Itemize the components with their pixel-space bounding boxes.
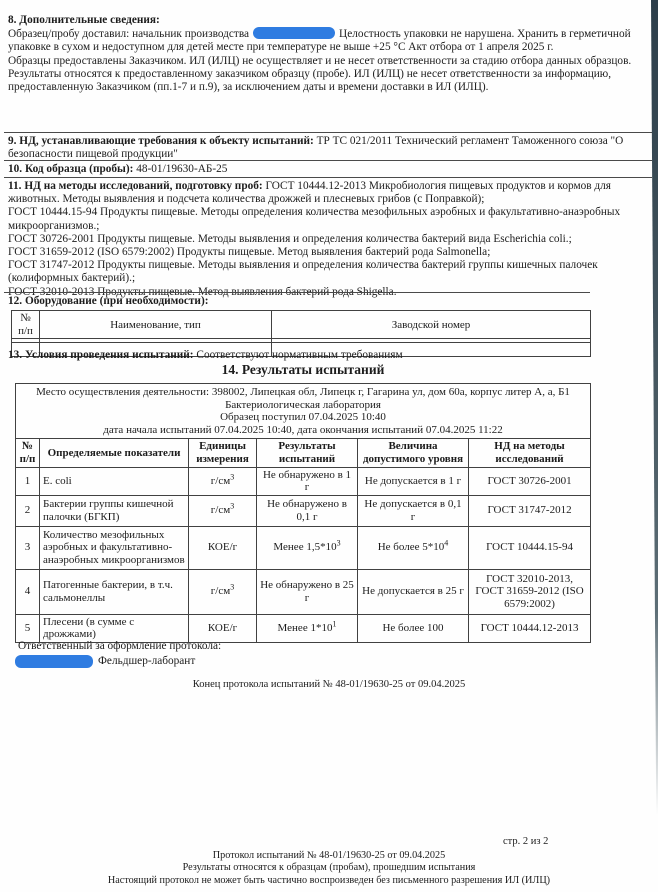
section11-label: 11. НД на методы исследований, подготовк… [8, 180, 263, 192]
cell-method: ГОСТ 32010-2013, ГОСТ 31659-2012 (ISO 65… [469, 569, 591, 614]
table-row: 5 Плесени (в сумме с дрожжами) КОЕ/г Мен… [16, 614, 591, 642]
table-row: 1 E. coli г/см3 Не обнаружено в 1 г Не д… [16, 467, 591, 495]
table-row: 4 Патогенные бактерии, в т.ч. сальмонелл… [16, 569, 591, 614]
unit-base: г/см [211, 504, 230, 516]
cell-result: Не обнаружено в 0,1 г [257, 495, 358, 526]
section8-paragraph-1: Образец/пробу доставил: начальник произв… [8, 27, 650, 54]
divider [4, 132, 652, 133]
divider [4, 177, 652, 178]
equipment-col-num: № п/п [12, 311, 40, 339]
cell-result: Не обнаружено в 1 г [257, 467, 358, 495]
cell-method: ГОСТ 10444.12-2013 [469, 614, 591, 642]
header-indicator: Определяемые показатели [40, 439, 189, 467]
cell-norm: Не более 5*104 [358, 526, 469, 569]
section8-heading: 8. Дополнительные сведения: [8, 14, 650, 27]
scan-edge-artifact [651, 0, 658, 815]
section8-paragraph-2: Образцы предоставлены Заказчиком. ИЛ (ИЛ… [8, 55, 650, 95]
result-base: Не обнаружено в 0,1 г [267, 498, 347, 523]
equipment-col-name: Наименование, тип [40, 311, 272, 339]
table-row: 3 Количество мезофильных аэробных и факу… [16, 526, 591, 569]
gost-line: ГОСТ 31747-2012 Продукты пищевые. Методы… [8, 259, 650, 285]
cell-num: 2 [16, 495, 40, 526]
norm-base: Не допускается в 0,1 г [364, 498, 461, 523]
results-info-row: Место осуществления деятельности: 398002… [16, 384, 591, 439]
cell-num: 1 [16, 467, 40, 495]
protocol-page: 8. Дополнительные сведения: Образец/проб… [0, 0, 658, 892]
cell-method: ГОСТ 10444.15-94 [469, 526, 591, 569]
cell-indicator: Патогенные бактерии, в т.ч. сальмонеллы [40, 569, 189, 614]
cell-unit: г/см3 [189, 495, 257, 526]
end-of-protocol-line: Конец протокола испытаний № 48-01/19630-… [0, 678, 658, 691]
signature-row: Фельдшер-лаборант [15, 655, 221, 668]
cell-num: 3 [16, 526, 40, 569]
gost-line: ГОСТ 30726-2001 Продукты пищевые. Методы… [8, 233, 650, 246]
footer-line-3: Настоящий протокол не может быть частичн… [0, 875, 658, 887]
sample-received: Образец поступил 07.04.2025 10:40 [20, 411, 586, 424]
cell-unit: КОЕ/г [189, 526, 257, 569]
section13-value: Соответствуют нормативным требованиям [196, 349, 402, 361]
norm-base: Не допускается в 1 г [365, 475, 461, 487]
redaction-box [253, 27, 335, 39]
page-footer: Протокол испытаний № 48-01/19630-25 от 0… [0, 850, 658, 887]
result-base: Менее 1,5*10 [273, 541, 336, 553]
result-base: Не обнаружено в 25 г [260, 579, 354, 604]
section8-p1-before: Образец/пробу доставил: начальник произв… [8, 28, 249, 40]
unit-base: г/см [211, 475, 230, 487]
cell-indicator: Количество мезофильных аэробных и факуль… [40, 526, 189, 569]
result-sup: 3 [337, 539, 341, 548]
cell-unit: г/см3 [189, 467, 257, 495]
cell-method: ГОСТ 31747-2012 [469, 495, 591, 526]
result-base: Не обнаружено в 1 г [263, 469, 351, 494]
cell-indicator: E. coli [40, 467, 189, 495]
equipment-col-serial: Заводской номер [272, 311, 591, 339]
divider [4, 292, 590, 293]
divider [4, 160, 652, 161]
signature-role: Фельдшер-лаборант [98, 655, 195, 668]
footer-line-2: Результаты относятся к образцам (пробам)… [0, 862, 658, 874]
unit-sup: 3 [230, 502, 234, 511]
cell-indicator: Плесени (в сумме с дрожжами) [40, 614, 189, 642]
section-conditions: 13. Условия проведения испытаний: Соотве… [8, 349, 650, 362]
result-sup: 1 [332, 619, 336, 628]
header-num: № п/п [16, 439, 40, 467]
cell-method: ГОСТ 30726-2001 [469, 467, 591, 495]
cell-norm: Не допускается в 0,1 г [358, 495, 469, 526]
section-methods: 11. НД на методы исследований, подготовк… [8, 180, 650, 299]
unit-sup: 3 [230, 472, 234, 481]
footer-line-1: Протокол испытаний № 48-01/19630-25 от 0… [0, 850, 658, 862]
header-result: Результаты испытаний [257, 439, 358, 467]
section9-label: 9. НД, устанавливающие требования к объе… [8, 135, 314, 147]
result-base: Менее 1*10 [278, 622, 333, 634]
unit-sup: 3 [230, 583, 234, 592]
gost-line: ГОСТ 31659-2012 (ISO 6579:2002) Продукты… [8, 246, 650, 259]
gost-line: ГОСТ 10444.15-94 Продукты пищевые. Метод… [8, 206, 650, 232]
section11-intro: 11. НД на методы исследований, подготовк… [8, 180, 650, 206]
cell-result: Не обнаружено в 25 г [257, 569, 358, 614]
section10-label: 10. Код образца (пробы): [8, 163, 133, 175]
cell-unit: г/см3 [189, 569, 257, 614]
cell-norm: Не допускается в 1 г [358, 467, 469, 495]
norm-sup: 4 [444, 539, 448, 548]
cell-num: 4 [16, 569, 40, 614]
cell-norm: Не более 100 [358, 614, 469, 642]
norm-base: Не допускается в 25 г [362, 585, 464, 597]
signature-label: Ответственный за оформление протокола: [18, 640, 221, 653]
cell-num: 5 [16, 614, 40, 642]
test-dates: дата начала испытаний 07.04.2025 10:40, … [20, 424, 586, 437]
results-info-cell: Место осуществления деятельности: 398002… [16, 384, 591, 439]
cell-result: Менее 1*101 [257, 614, 358, 642]
activity-address: Место осуществления деятельности: 398002… [20, 386, 586, 399]
results-header-row: № п/п Определяемые показатели Единицы из… [16, 439, 591, 467]
redaction-box [15, 655, 93, 668]
section12-heading: 12. Оборудование (при необходимости): [8, 295, 650, 308]
header-method: НД на методы исследований [469, 439, 591, 467]
page-number: стр. 2 из 2 [503, 835, 548, 848]
results-title: 14. Результаты испытаний [0, 363, 606, 376]
header-units: Единицы измерения [189, 439, 257, 467]
cell-indicator: Бактерии группы кишечной палочки (БГКП) [40, 495, 189, 526]
laboratory-name: Бактериологическая лаборатория [20, 399, 586, 412]
norm-base: Не более 5*10 [378, 541, 445, 553]
equipment-header-row: № п/п Наименование, тип Заводской номер [12, 311, 591, 339]
section-additional-info: 8. Дополнительные сведения: Образец/проб… [8, 14, 650, 94]
unit-base: г/см [211, 585, 230, 597]
cell-norm: Не допускается в 25 г [358, 569, 469, 614]
cell-result: Менее 1,5*103 [257, 526, 358, 569]
unit-base: КОЕ/г [208, 541, 237, 553]
header-norm: Величина допустимого уровня [358, 439, 469, 467]
cell-unit: КОЕ/г [189, 614, 257, 642]
section-sample-code: 10. Код образца (пробы): 48-01/19630-АБ-… [8, 163, 650, 176]
section10-value: 48-01/19630-АБ-25 [136, 163, 227, 175]
norm-base: Не более 100 [382, 622, 443, 634]
results-table: Место осуществления деятельности: 398002… [15, 383, 591, 643]
signature-block: Ответственный за оформление протокола: Ф… [18, 640, 221, 668]
section13-label: 13. Условия проведения испытаний: [8, 349, 194, 361]
table-row: 2 Бактерии группы кишечной палочки (БГКП… [16, 495, 591, 526]
unit-base: КОЕ/г [208, 622, 237, 634]
section-requirements: 9. НД, устанавливающие требования к объе… [8, 135, 650, 161]
